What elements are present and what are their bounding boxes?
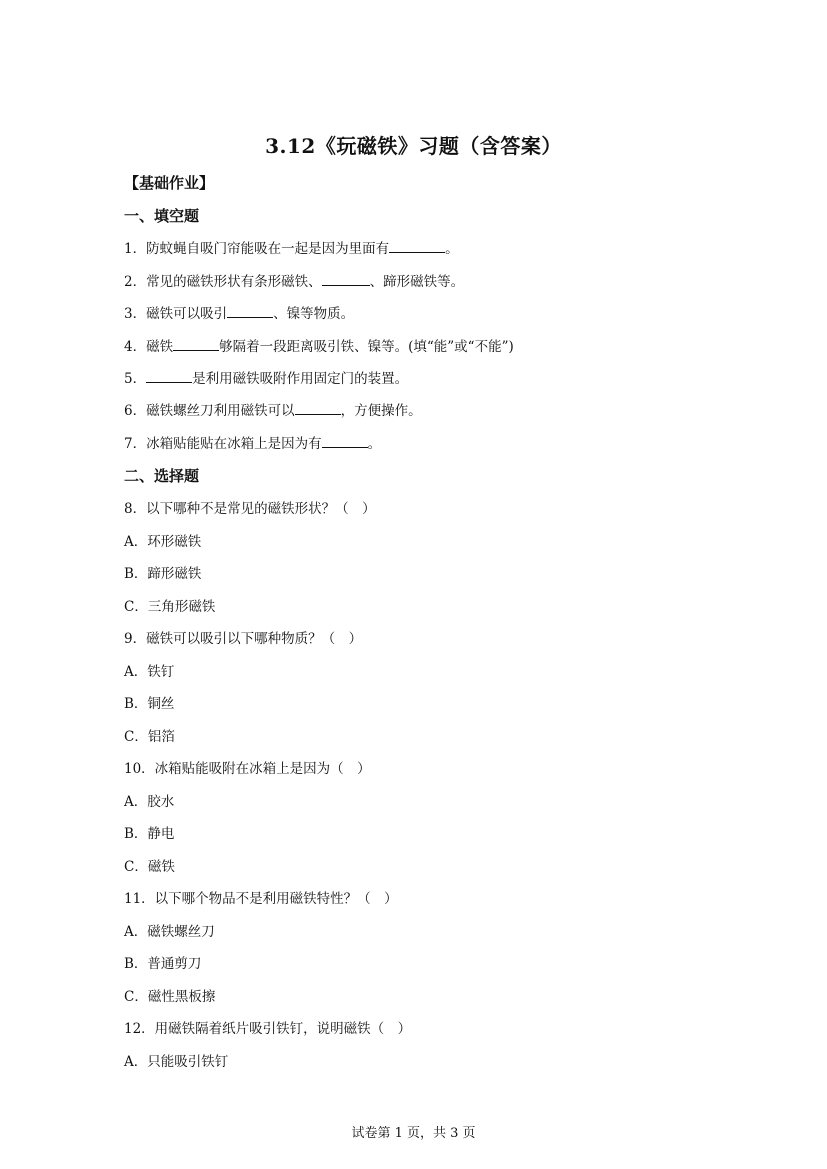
page-title: 3.12《玩磁铁》习题（含答案） xyxy=(0,130,827,159)
fill-question-4: 4．磁铁够隔着一段距离吸引铁、镍等。(填“能”或“不能”) xyxy=(124,335,514,355)
choice-option[interactable]: C．三角形磁铁 xyxy=(124,595,215,615)
choice-option[interactable]: B．静电 xyxy=(124,822,174,842)
fill-question-3: 3．磁铁可以吸引、镍等物质。 xyxy=(124,302,354,322)
choice-option[interactable]: A．磁铁螺丝刀 xyxy=(124,920,215,940)
choice-option[interactable]: A．环形磁铁 xyxy=(124,530,201,550)
choice-question-8: 8．以下哪种不是常见的磁铁形状？（ ） xyxy=(124,497,376,517)
answer-blank[interactable] xyxy=(173,337,219,351)
choice-option[interactable]: A．胶水 xyxy=(124,790,174,810)
question-number: 6． xyxy=(124,403,146,419)
choice-option[interactable]: B．铜丝 xyxy=(124,692,174,712)
fill-section-heading: 一、填空题 xyxy=(124,205,199,226)
fill-question-5: 5．是利用磁铁吸附作用固定门的装置。 xyxy=(124,367,408,387)
question-number: 4． xyxy=(124,339,146,355)
answer-blank[interactable] xyxy=(227,304,273,318)
question-number: 1． xyxy=(124,241,146,257)
fill-question-7: 7．冰箱贴能贴在冰箱上是因为有。 xyxy=(124,432,381,452)
question-number: 2． xyxy=(124,274,146,290)
answer-blank[interactable] xyxy=(322,434,368,448)
choice-section-heading: 二、选择题 xyxy=(124,465,199,486)
choice-option[interactable]: A．铁钉 xyxy=(124,660,174,680)
question-number: 7． xyxy=(124,436,146,452)
page-footer: 试卷第 1 页，共 3 页 xyxy=(0,1122,827,1141)
choice-option[interactable]: B．普通剪刀 xyxy=(124,952,201,972)
choice-question-10: 10．冰箱贴能吸附在冰箱上是因为（ ） xyxy=(124,757,371,777)
choice-option[interactable]: A．只能吸引铁钉 xyxy=(124,1050,228,1070)
choice-option[interactable]: C．磁铁 xyxy=(124,855,175,875)
choice-option[interactable]: C．铝箔 xyxy=(124,725,175,745)
fill-question-1: 1．防蚊蝇自吸门帘能吸在一起是因为里面有。 xyxy=(124,237,459,257)
choice-question-11: 11．以下哪个物品不是利用磁铁特性？（ ） xyxy=(124,887,398,907)
answer-blank[interactable] xyxy=(146,369,192,383)
choice-question-12: 12．用磁铁隔着纸片吸引铁钉，说明磁铁（ ） xyxy=(124,1017,411,1037)
choice-question-9: 9．磁铁可以吸引以下哪种物质？（ ） xyxy=(124,627,362,647)
choice-option[interactable]: C．磁性黑板擦 xyxy=(124,985,215,1005)
answer-blank[interactable] xyxy=(295,401,341,415)
fill-question-2: 2．常见的磁铁形状有条形磁铁、、蹄形磁铁等。 xyxy=(124,270,464,290)
answer-blank[interactable] xyxy=(322,272,370,286)
answer-blank[interactable] xyxy=(389,239,445,253)
question-number: 5． xyxy=(124,371,146,387)
choice-option[interactable]: B．蹄形磁铁 xyxy=(124,562,201,582)
section-basic-label: 【基础作业】 xyxy=(124,172,214,193)
fill-question-6: 6．磁铁螺丝刀利用磁铁可以，方便操作。 xyxy=(124,399,422,419)
question-number: 3． xyxy=(124,306,146,322)
